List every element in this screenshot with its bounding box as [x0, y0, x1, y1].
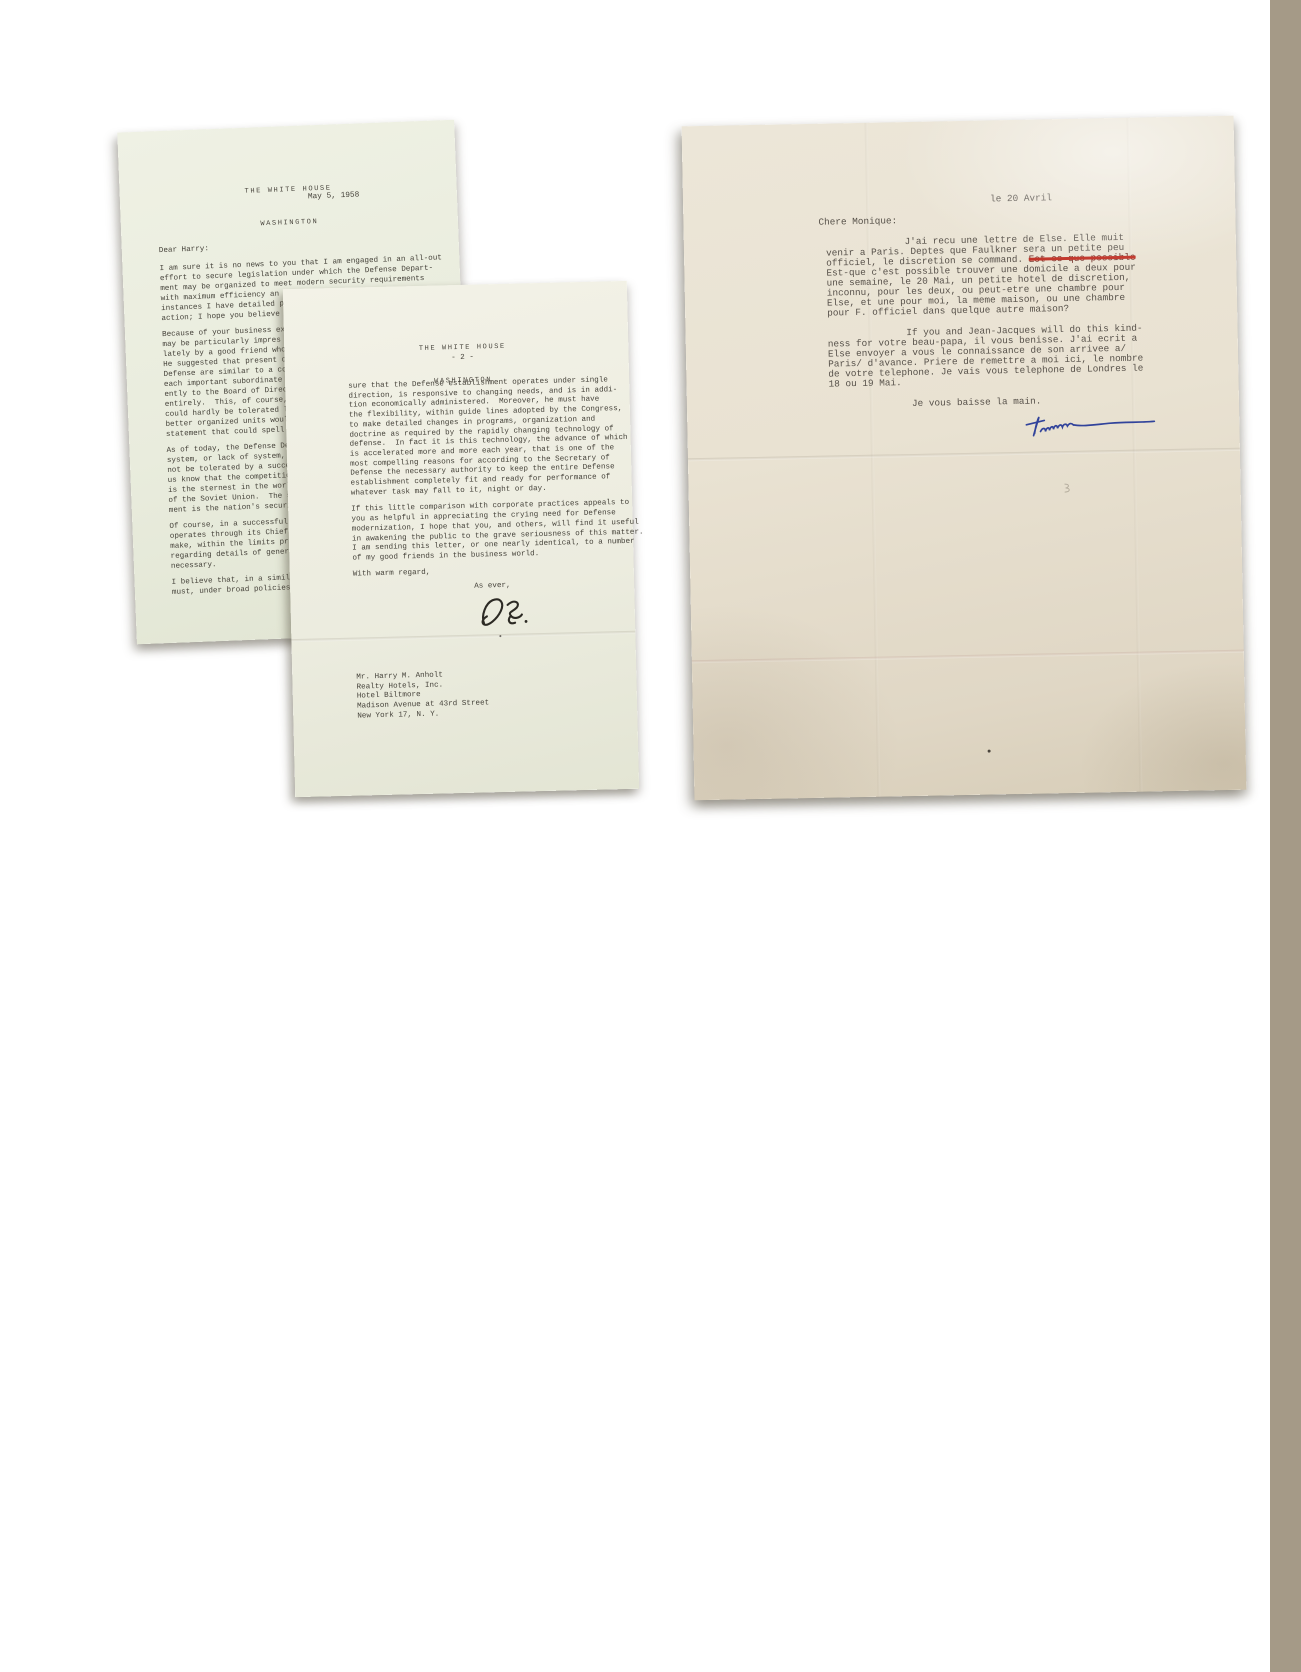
- faulkner-signature: [1022, 407, 1163, 444]
- eisenhower-letter-page-2: THE WHITE HOUSE WASHINGTON - 2 - sure th…: [283, 281, 639, 797]
- faulkner-letter: le 20 Avril Chere Monique: J'ai recu une…: [682, 116, 1247, 800]
- fold-crease: [692, 650, 1244, 664]
- recipient-address: Mr. Harry M. AnholtRealty Hotels, Inc.Ho…: [356, 670, 489, 722]
- letter-paragraph: If you and Jean-Jacques will do this kin…: [828, 324, 1144, 390]
- letter-paragraph: J'ai recu une lettre de Else. Elle muitv…: [826, 233, 1137, 319]
- paragraph: sure that the Defense establishment oper…: [348, 376, 642, 500]
- closing-line: Je vous baisse la main.: [912, 396, 1042, 409]
- letter-body: sure that the Defense establishment oper…: [348, 376, 644, 572]
- eisenhower-initials-signature: [476, 594, 529, 631]
- letterhead-line: THE WHITE HOUSE: [120, 179, 457, 203]
- ink-dot: [988, 750, 991, 753]
- paragraph-lines: Est-que c'est possible trouver une domic…: [826, 263, 1136, 319]
- text-line: New York 17, N. Y.: [357, 709, 489, 722]
- letter-date: le 20 Avril: [990, 192, 1052, 204]
- fold-crease: [688, 448, 1240, 462]
- right-margin-band: [1270, 0, 1301, 1672]
- closing-line: With warm regard,: [353, 569, 431, 579]
- catalog-photo: THE WHITE HOUSE WASHINGTON May 5, 1958 D…: [0, 0, 1301, 1672]
- fold-crease: [1126, 118, 1142, 792]
- letterhead: THE WHITE HOUSE WASHINGTON: [119, 157, 459, 258]
- salutation: Chere Monique:: [818, 215, 897, 228]
- letterhead-line: WASHINGTON: [121, 212, 458, 236]
- fold-crease: [291, 631, 635, 642]
- paragraph: If this little comparison with corporate…: [351, 499, 644, 564]
- valediction: As ever,: [474, 582, 511, 591]
- faint-pencil-mark: [1064, 483, 1072, 493]
